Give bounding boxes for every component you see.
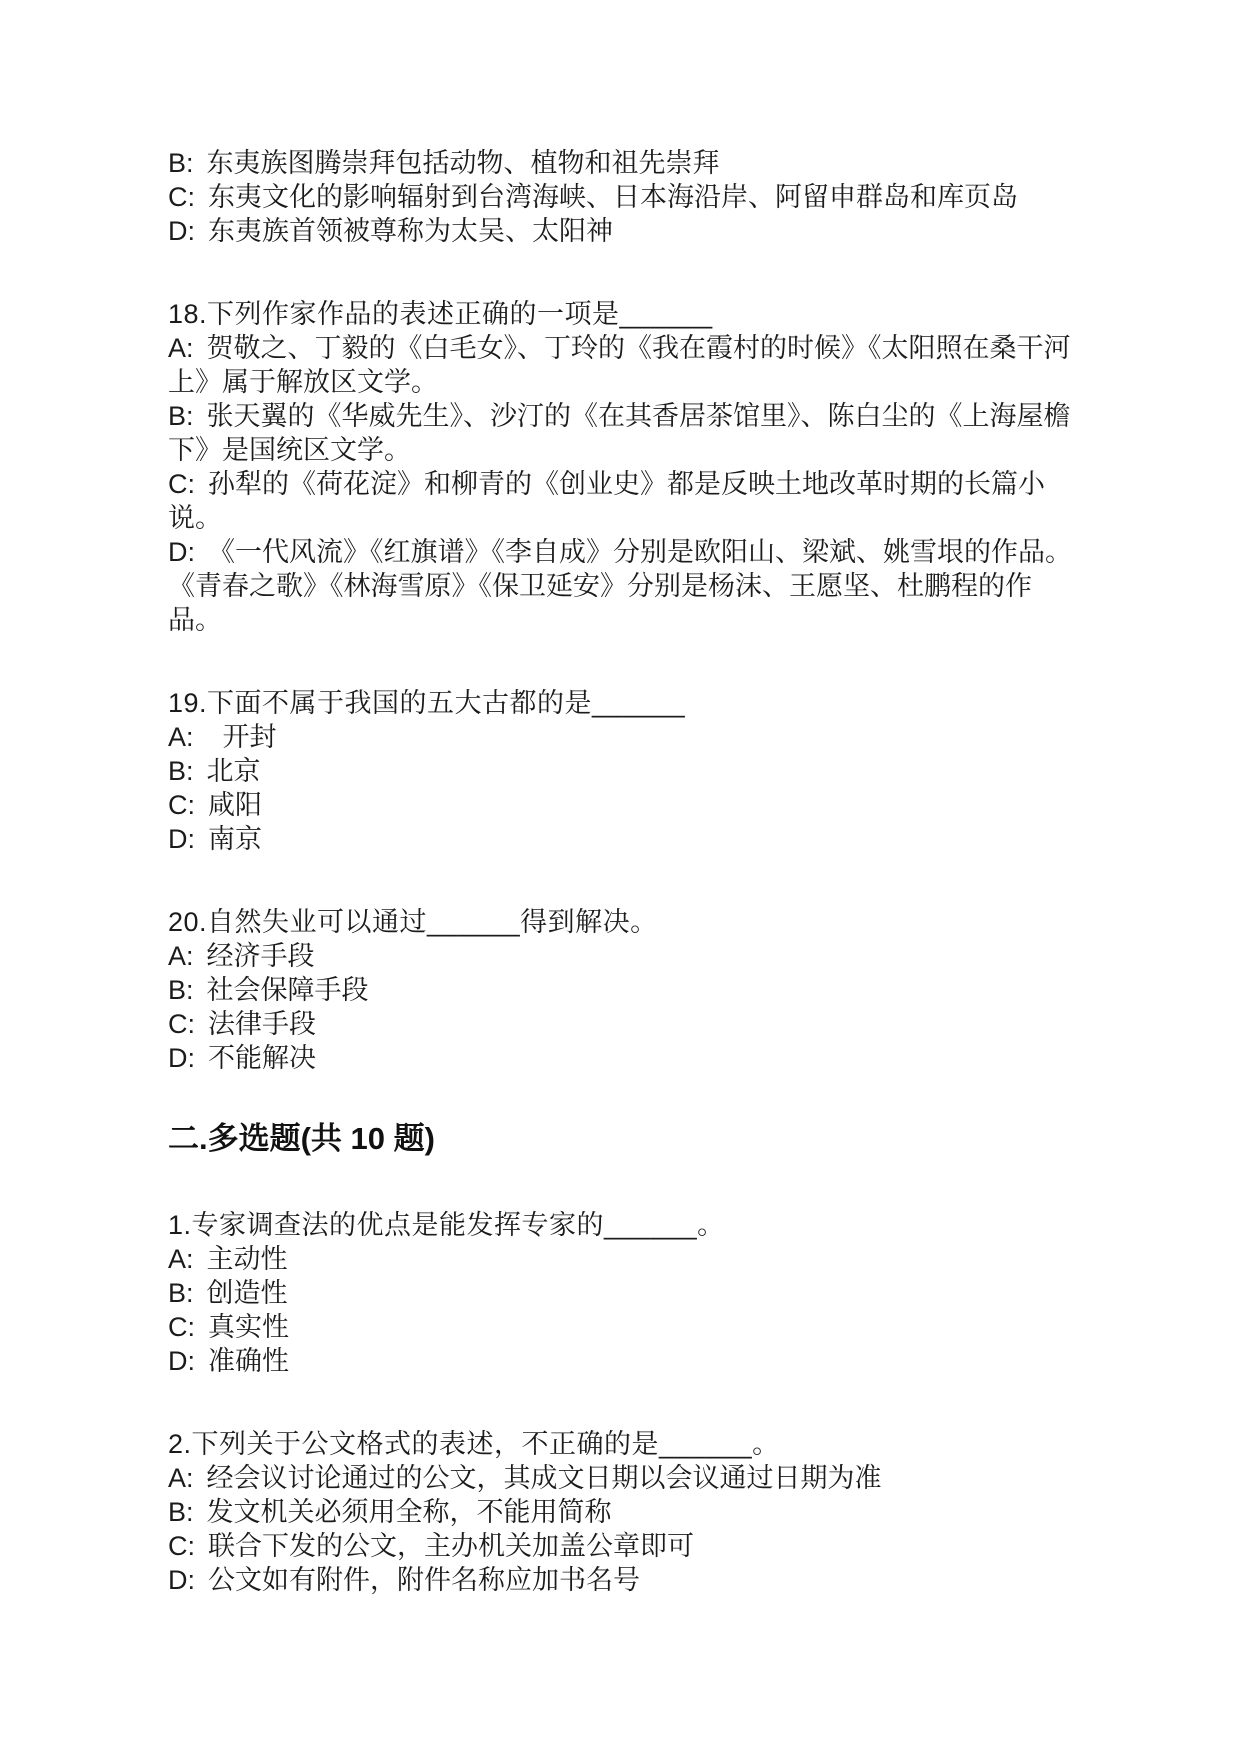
option-text: 发文机关必须用全称，不能用简称 (207, 1497, 612, 1527)
option-label: B: (168, 975, 194, 1005)
question-18: 18.下列作家作品的表述正确的一项是______ A:贺敬之、丁毅的《白毛女》、… (168, 297, 1083, 637)
option-label: D: (168, 537, 195, 567)
option-text: 公文如有附件，附件名称应加书名号 (208, 1565, 640, 1595)
option-text: 不能解决 (208, 1043, 316, 1073)
question-19: 19.下面不属于我国的五大古都的是______ A:开封 B:北京 C:咸阳 D… (168, 686, 1083, 856)
section-heading-multiple-choice: 二.多选题(共 10 题) (168, 1119, 1083, 1159)
option-row: D:东夷族首领被尊称为太吴、太阳神 (168, 214, 1083, 248)
option-label: D: (168, 1043, 195, 1073)
option-label: B: (168, 148, 194, 178)
exam-content: B:东夷族图腾崇拜包括动物、植物和祖先崇拜 C:东夷文化的影响辐射到台湾海峡、日… (168, 146, 1083, 1597)
option-row: D:公文如有附件，附件名称应加书名号 (168, 1563, 1083, 1597)
question-20: 20.自然失业可以通过______得到解决。 A:经济手段 B:社会保障手段 C… (168, 905, 1083, 1075)
option-row: B:北京 (168, 754, 1083, 788)
option-row: B:东夷族图腾崇拜包括动物、植物和祖先崇拜 (168, 146, 1083, 180)
option-label: D: (168, 824, 195, 854)
option-row: C:联合下发的公文，主办机关加盖公章即可 (168, 1529, 1083, 1563)
question-stem: 2.下列关于公文格式的表述，不正确的是______。 (168, 1427, 1083, 1461)
option-label: A: (168, 722, 194, 752)
option-text: 孙犁的《荷花淀》和柳青的《创业史》都是反映土地改革时期的长篇小说。 (168, 469, 1045, 533)
option-label: A: (168, 1463, 194, 1493)
option-row: B:社会保障手段 (168, 973, 1083, 1007)
option-row: C:咸阳 (168, 788, 1083, 822)
option-row: A:主动性 (168, 1242, 1083, 1276)
option-row: A:贺敬之、丁毅的《白毛女》、丁玲的《我在霞村的时候》《太阳照在桑干河上》属于解… (168, 331, 1083, 399)
option-row: D:不能解决 (168, 1041, 1083, 1075)
question-stem: 20.自然失业可以通过______得到解决。 (168, 905, 1083, 939)
option-text: 咸阳 (208, 790, 262, 820)
option-row: B:发文机关必须用全称，不能用简称 (168, 1495, 1083, 1529)
option-text: 准确性 (208, 1346, 289, 1376)
option-row: A:经会议讨论通过的公文，其成文日期以会议通过日期为准 (168, 1461, 1083, 1495)
option-label: D: (168, 1346, 195, 1376)
option-row: B:张天翼的《华威先生》、沙汀的《在其香居茶馆里》、陈白尘的《上海屋檐下》是国统… (168, 399, 1083, 467)
option-row: D:《一代风流》《红旗谱》《李自成》分别是欧阳山、梁斌、姚雪垠的作品。《青春之歌… (168, 535, 1083, 637)
option-text: 《一代风流》《红旗谱》《李自成》分别是欧阳山、梁斌、姚雪垠的作品。《青春之歌》《… (168, 537, 1072, 635)
option-row: A:开封 (168, 720, 1083, 754)
option-text: 东夷族图腾崇拜包括动物、植物和祖先崇拜 (207, 148, 720, 178)
option-label: C: (168, 182, 195, 212)
option-text: 真实性 (208, 1312, 289, 1342)
option-label: A: (168, 1244, 194, 1274)
option-label: C: (168, 469, 195, 499)
option-text: 社会保障手段 (207, 975, 369, 1005)
option-text: 南京 (208, 824, 262, 854)
option-label: C: (168, 1312, 195, 1342)
option-label: D: (168, 1565, 195, 1595)
option-label: B: (168, 1497, 194, 1527)
option-label: C: (168, 1531, 195, 1561)
option-label: A: (168, 941, 194, 971)
option-text: 主动性 (207, 1244, 288, 1274)
option-label: C: (168, 790, 195, 820)
option-text: 开封 (223, 722, 277, 752)
option-label: A: (168, 333, 194, 363)
option-row: C:真实性 (168, 1310, 1083, 1344)
option-row: B:创造性 (168, 1276, 1083, 1310)
multi-question-2: 2.下列关于公文格式的表述，不正确的是______。 A:经会议讨论通过的公文，… (168, 1427, 1083, 1597)
option-text: 张天翼的《华威先生》、沙汀的《在其香居茶馆里》、陈白尘的《上海屋檐下》是国统区文… (168, 401, 1071, 465)
exam-page: B:东夷族图腾崇拜包括动物、植物和祖先崇拜 C:东夷文化的影响辐射到台湾海峡、日… (0, 0, 1240, 1753)
option-row: C:东夷文化的影响辐射到台湾海峡、日本海沿岸、阿留申群岛和库页岛 (168, 180, 1083, 214)
option-row: A:经济手段 (168, 939, 1083, 973)
option-text: 联合下发的公文，主办机关加盖公章即可 (208, 1531, 694, 1561)
option-text: 东夷族首领被尊称为太吴、太阳神 (208, 216, 613, 246)
option-label: B: (168, 401, 194, 431)
option-label: B: (168, 1278, 194, 1308)
option-text: 东夷文化的影响辐射到台湾海峡、日本海沿岸、阿留申群岛和库页岛 (208, 182, 1018, 212)
option-label: D: (168, 216, 195, 246)
option-label: C: (168, 1009, 195, 1039)
option-text: 创造性 (207, 1278, 288, 1308)
option-row: C:孙犁的《荷花淀》和柳青的《创业史》都是反映土地改革时期的长篇小说。 (168, 467, 1083, 535)
option-text: 北京 (207, 756, 261, 786)
option-row: D:准确性 (168, 1344, 1083, 1378)
multi-question-1: 1.专家调查法的优点是能发挥专家的______。 A:主动性 B:创造性 C:真… (168, 1208, 1083, 1378)
option-text: 贺敬之、丁毅的《白毛女》、丁玲的《我在霞村的时候》《太阳照在桑干河上》属于解放区… (168, 333, 1071, 397)
option-text: 经会议讨论通过的公文，其成文日期以会议通过日期为准 (207, 1463, 882, 1493)
option-label: B: (168, 756, 194, 786)
question-stem: 1.专家调查法的优点是能发挥专家的______。 (168, 1208, 1083, 1242)
option-row: C:法律手段 (168, 1007, 1083, 1041)
question-stem: 19.下面不属于我国的五大古都的是______ (168, 686, 1083, 720)
option-text: 法律手段 (208, 1009, 316, 1039)
option-text: 经济手段 (207, 941, 315, 971)
question-17-options-partial: B:东夷族图腾崇拜包括动物、植物和祖先崇拜 C:东夷文化的影响辐射到台湾海峡、日… (168, 146, 1083, 248)
question-stem: 18.下列作家作品的表述正确的一项是______ (168, 297, 1083, 331)
option-row: D:南京 (168, 822, 1083, 856)
